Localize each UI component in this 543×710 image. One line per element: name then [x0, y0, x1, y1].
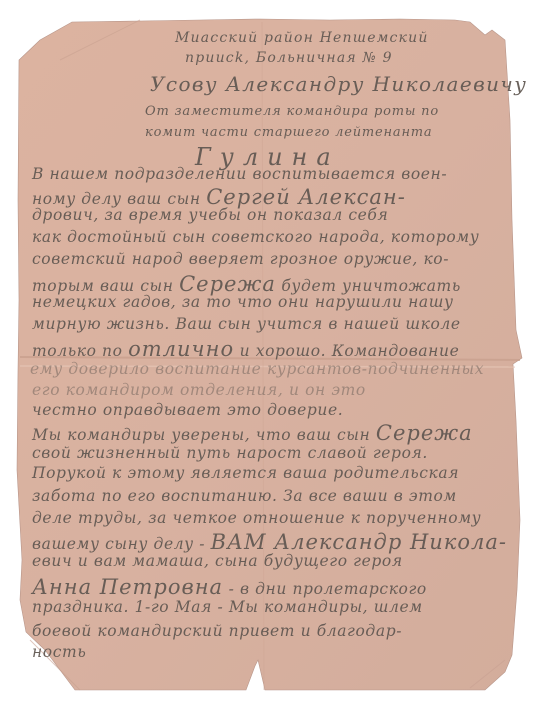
sender-line-1: От заместителя командира роты по	[145, 104, 439, 119]
body-line: вашему сыну делу - ВАМ Александр Никола-	[32, 530, 507, 554]
body-line: Порукой к этому является ваша родительск…	[32, 464, 459, 482]
address-line-1: Миасский район Непшемский	[175, 30, 429, 46]
body-line: как достойный сын советского народа, кот…	[32, 228, 479, 246]
body-line-text: вашему сыну делу -	[32, 535, 211, 553]
body-line: мирную жизнь. Ваш сын учится в нашей шко…	[32, 315, 461, 333]
body-line: праздника. 1-го Мая - Мы командиры, шлем	[32, 598, 423, 616]
body-line: деле труды, за четкое отношение к поруче…	[32, 509, 481, 527]
body-line-text: Порукой к этому является ваша родительск…	[32, 464, 459, 482]
document-scan: Миасский район Непшемский приисk, Больни…	[0, 0, 543, 710]
body-line-text: ему доверило воспитание курсантов-подчин…	[30, 360, 484, 378]
body-line: Анна Петровна - в дни пролетарского	[32, 575, 427, 599]
body-line: ему доверило воспитание курсантов-подчин…	[30, 360, 484, 378]
body-line-text: и хорошо. Командование	[234, 342, 459, 360]
body-line-text: дрович, за время учебы он показал себя	[32, 206, 388, 224]
body-line-emphasis: отлично	[128, 337, 234, 361]
body-line-text: боевой командирский привет и благодар-	[32, 622, 402, 640]
body-line: немецких гадов, за то что они нарушили н…	[32, 293, 454, 311]
body-line-text: забота по его воспитанию. За все ваши в …	[32, 487, 457, 505]
body-line: честно оправдывает это доверие.	[32, 401, 343, 419]
body-line-text: праздника. 1-го Мая - Мы командиры, шлем	[32, 598, 423, 616]
body-line-emphasis: Сережа	[376, 421, 473, 445]
body-line-emphasis: Анна Петровна	[32, 575, 223, 599]
body-line: В нашем подразделении воспитывается воен…	[32, 165, 447, 183]
address-line-2: приисk, Больничная № 9	[185, 50, 393, 66]
body-line-text: евич и вам мамаша, сына будущего героя	[32, 552, 403, 570]
body-line-text: советский народ вверяет грозное оружие, …	[32, 250, 449, 268]
body-line-text: - в дни пролетарского	[223, 580, 427, 598]
body-line-text: как достойный сын советского народа, кот…	[32, 228, 479, 246]
body-line: дрович, за время учебы он показал себя	[32, 206, 388, 224]
body-line: его командиром отделения, и он это	[32, 381, 366, 399]
body-line: евич и вам мамаша, сына будущего героя	[32, 552, 403, 570]
body-line: только по отлично и хорошо. Командование	[32, 337, 459, 361]
body-line-text: его командиром отделения, и он это	[32, 381, 366, 399]
body-line-text: свой жизненный путь нарост славой героя.	[32, 444, 428, 462]
body-line-text: деле труды, за четкое отношение к поруче…	[32, 509, 481, 527]
body-line: советский народ вверяет грозное оружие, …	[32, 250, 449, 268]
body-line: боевой командирский привет и благодар-	[32, 622, 402, 640]
body-line-emphasis: ВАМ Александр Никола-	[211, 530, 507, 554]
body-line-text: мирную жизнь. Ваш сын учится в нашей шко…	[32, 315, 461, 333]
body-line-text: ность	[32, 643, 86, 661]
body-line: ность	[32, 643, 86, 661]
body-line: забота по его воспитанию. За все ваши в …	[32, 487, 457, 505]
body-line-text: Мы командиры уверены, что ваш сын	[32, 426, 376, 444]
body-line-text: немецких гадов, за то что они нарушили н…	[32, 293, 454, 311]
body-line-text: честно оправдывает это доверие.	[32, 401, 343, 419]
body-line: Мы командиры уверены, что ваш сын Сережа	[32, 421, 473, 445]
body-line-text: только по	[32, 342, 128, 360]
addressee: Усову Александру Николаевичу	[150, 72, 527, 96]
sender-line-2: комит части старшего лейтенанта	[145, 125, 433, 140]
body-line-text: В нашем подразделении воспитывается воен…	[32, 165, 447, 183]
body-line: свой жизненный путь нарост славой героя.	[32, 444, 428, 462]
